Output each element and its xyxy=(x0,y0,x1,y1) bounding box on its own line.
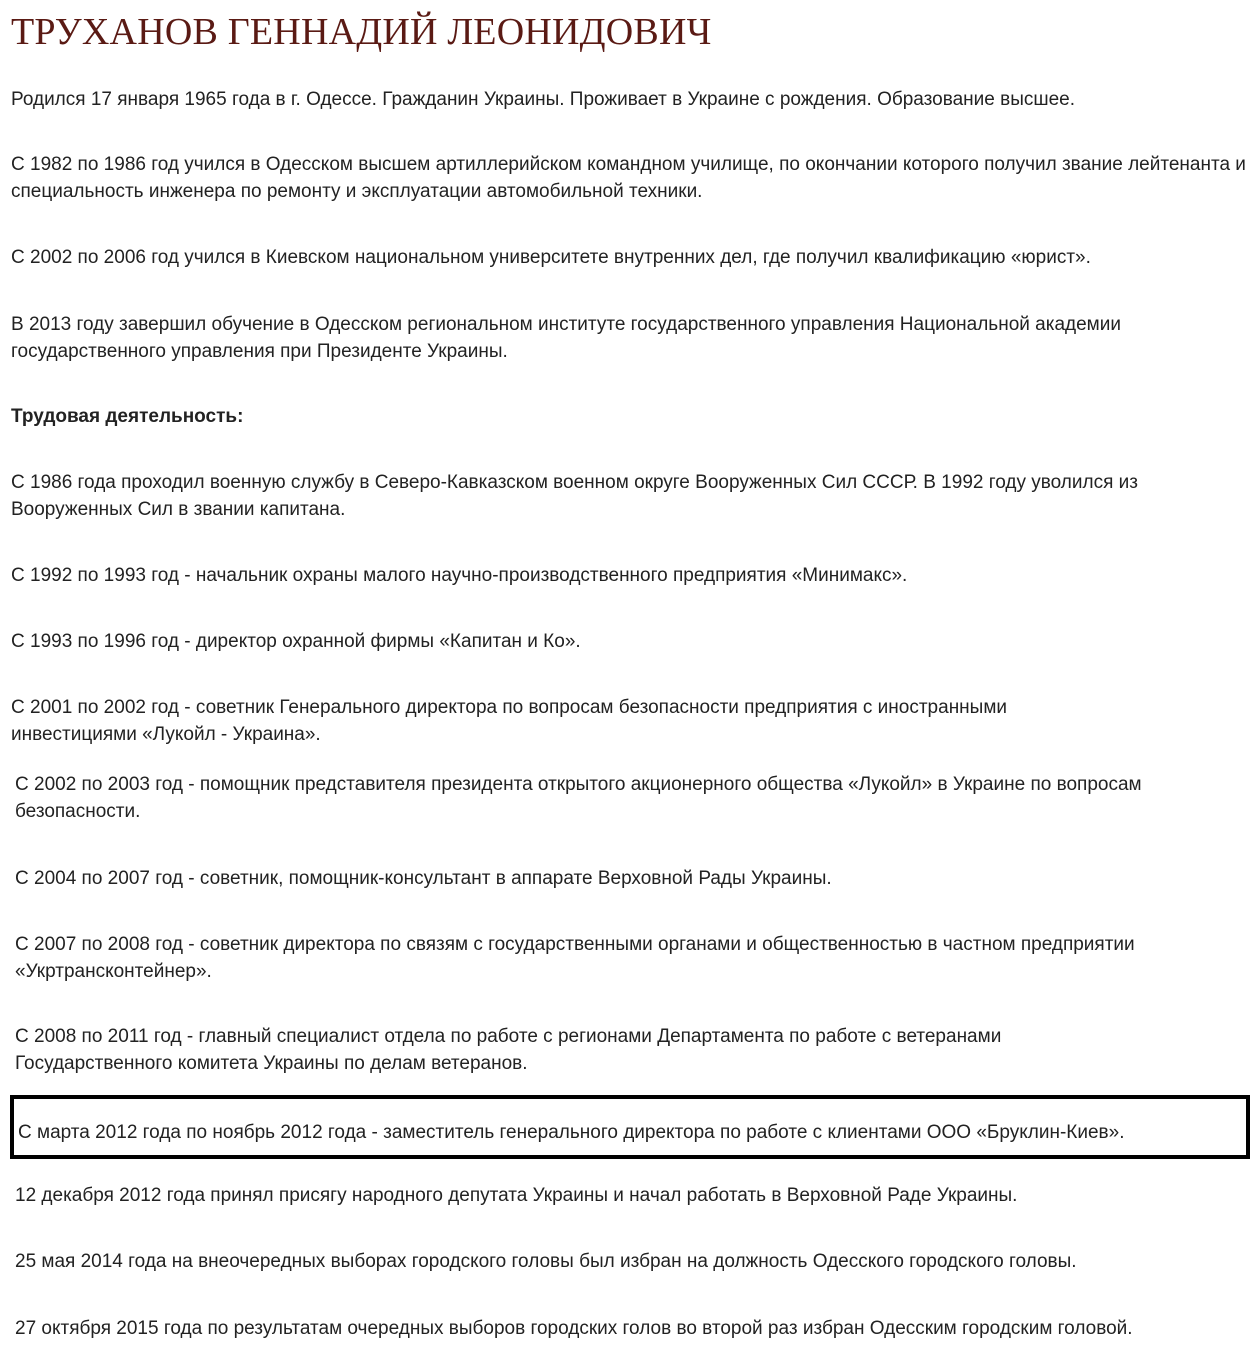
bio-paragraph-public-administration: В 2013 году завершил обучение в Одесском… xyxy=(11,311,1251,365)
event-item-mayor-election-2015: 27 октября 2015 года по результатам очер… xyxy=(15,1315,1259,1342)
event-item-mayor-election-2014: 25 мая 2014 года на внеочередных выборах… xyxy=(15,1248,1259,1275)
work-item-veterans-committee: С 2008 по 2011 год - главный специалист … xyxy=(15,1023,1125,1077)
bio-paragraph-birth: Родился 17 января 1965 года в г. Одессе.… xyxy=(11,86,1256,113)
work-section-heading: Трудовая деятельность: xyxy=(11,403,1256,430)
work-item-military-service: С 1986 года проходил военную службу в Се… xyxy=(11,469,1251,523)
work-item-lukoil-ukraine: С 2001 по 2002 год - советник Генерально… xyxy=(11,694,1121,748)
bio-paragraph-artillery-school: С 1982 по 1986 год учился в Одесском выс… xyxy=(11,151,1256,205)
highlighted-entry-box: С марта 2012 года по ноябрь 2012 года - … xyxy=(10,1095,1250,1159)
bio-paragraph-law-university: С 2002 по 2006 год учился в Киевском нац… xyxy=(11,244,1256,271)
work-item-lukoil-representative: С 2002 по 2003 год - помощник представит… xyxy=(15,771,1175,825)
page-title: ТРУХАНОВ ГЕННАДИЙ ЛЕОНИДОВИЧ xyxy=(11,9,712,55)
work-item-verkhovna-rada-advisor: С 2004 по 2007 год - советник, помощник-… xyxy=(15,865,1259,892)
event-item-deputy-oath: 12 декабря 2012 года принял присягу наро… xyxy=(15,1182,1259,1209)
work-item-brooklyn-kiev: С марта 2012 года по ноябрь 2012 года - … xyxy=(18,1119,1124,1146)
work-item-ukrtranscontainer: С 2007 по 2008 год - советник директора … xyxy=(15,931,1259,985)
work-item-kapitan: С 1993 по 1996 год - директор охранной ф… xyxy=(11,628,1256,655)
work-item-minimaks: С 1992 по 1993 год - начальник охраны ма… xyxy=(11,562,1256,589)
